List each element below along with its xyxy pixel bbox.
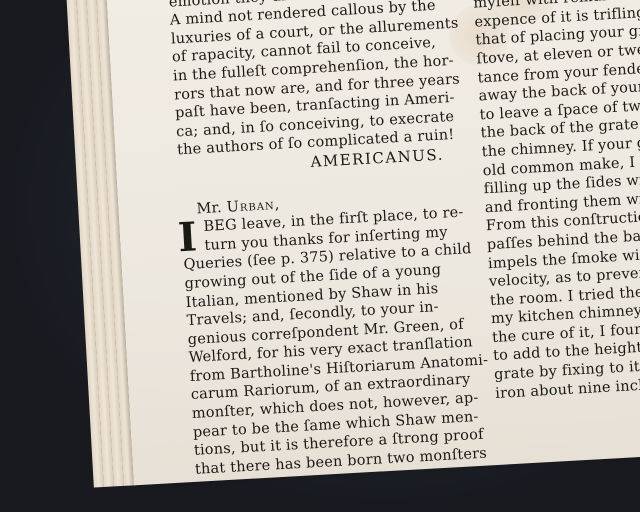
salutation-name: Urban, xyxy=(226,196,280,215)
magazine-page: our ... emotion they are calculated by t… xyxy=(36,0,640,489)
letter-body: I BEG leave, in the firſt place, to re- … xyxy=(181,204,475,480)
paper-sheet: our ... emotion they are calculated by t… xyxy=(106,0,640,485)
right-text-column: Magazine, a ... ing chimnies, which I ha… xyxy=(472,0,640,403)
left-text-column: our ... emotion they are calculated by t… xyxy=(168,0,475,479)
drop-cap: I xyxy=(177,219,198,258)
salutation-prefix: Mr. xyxy=(196,199,227,217)
